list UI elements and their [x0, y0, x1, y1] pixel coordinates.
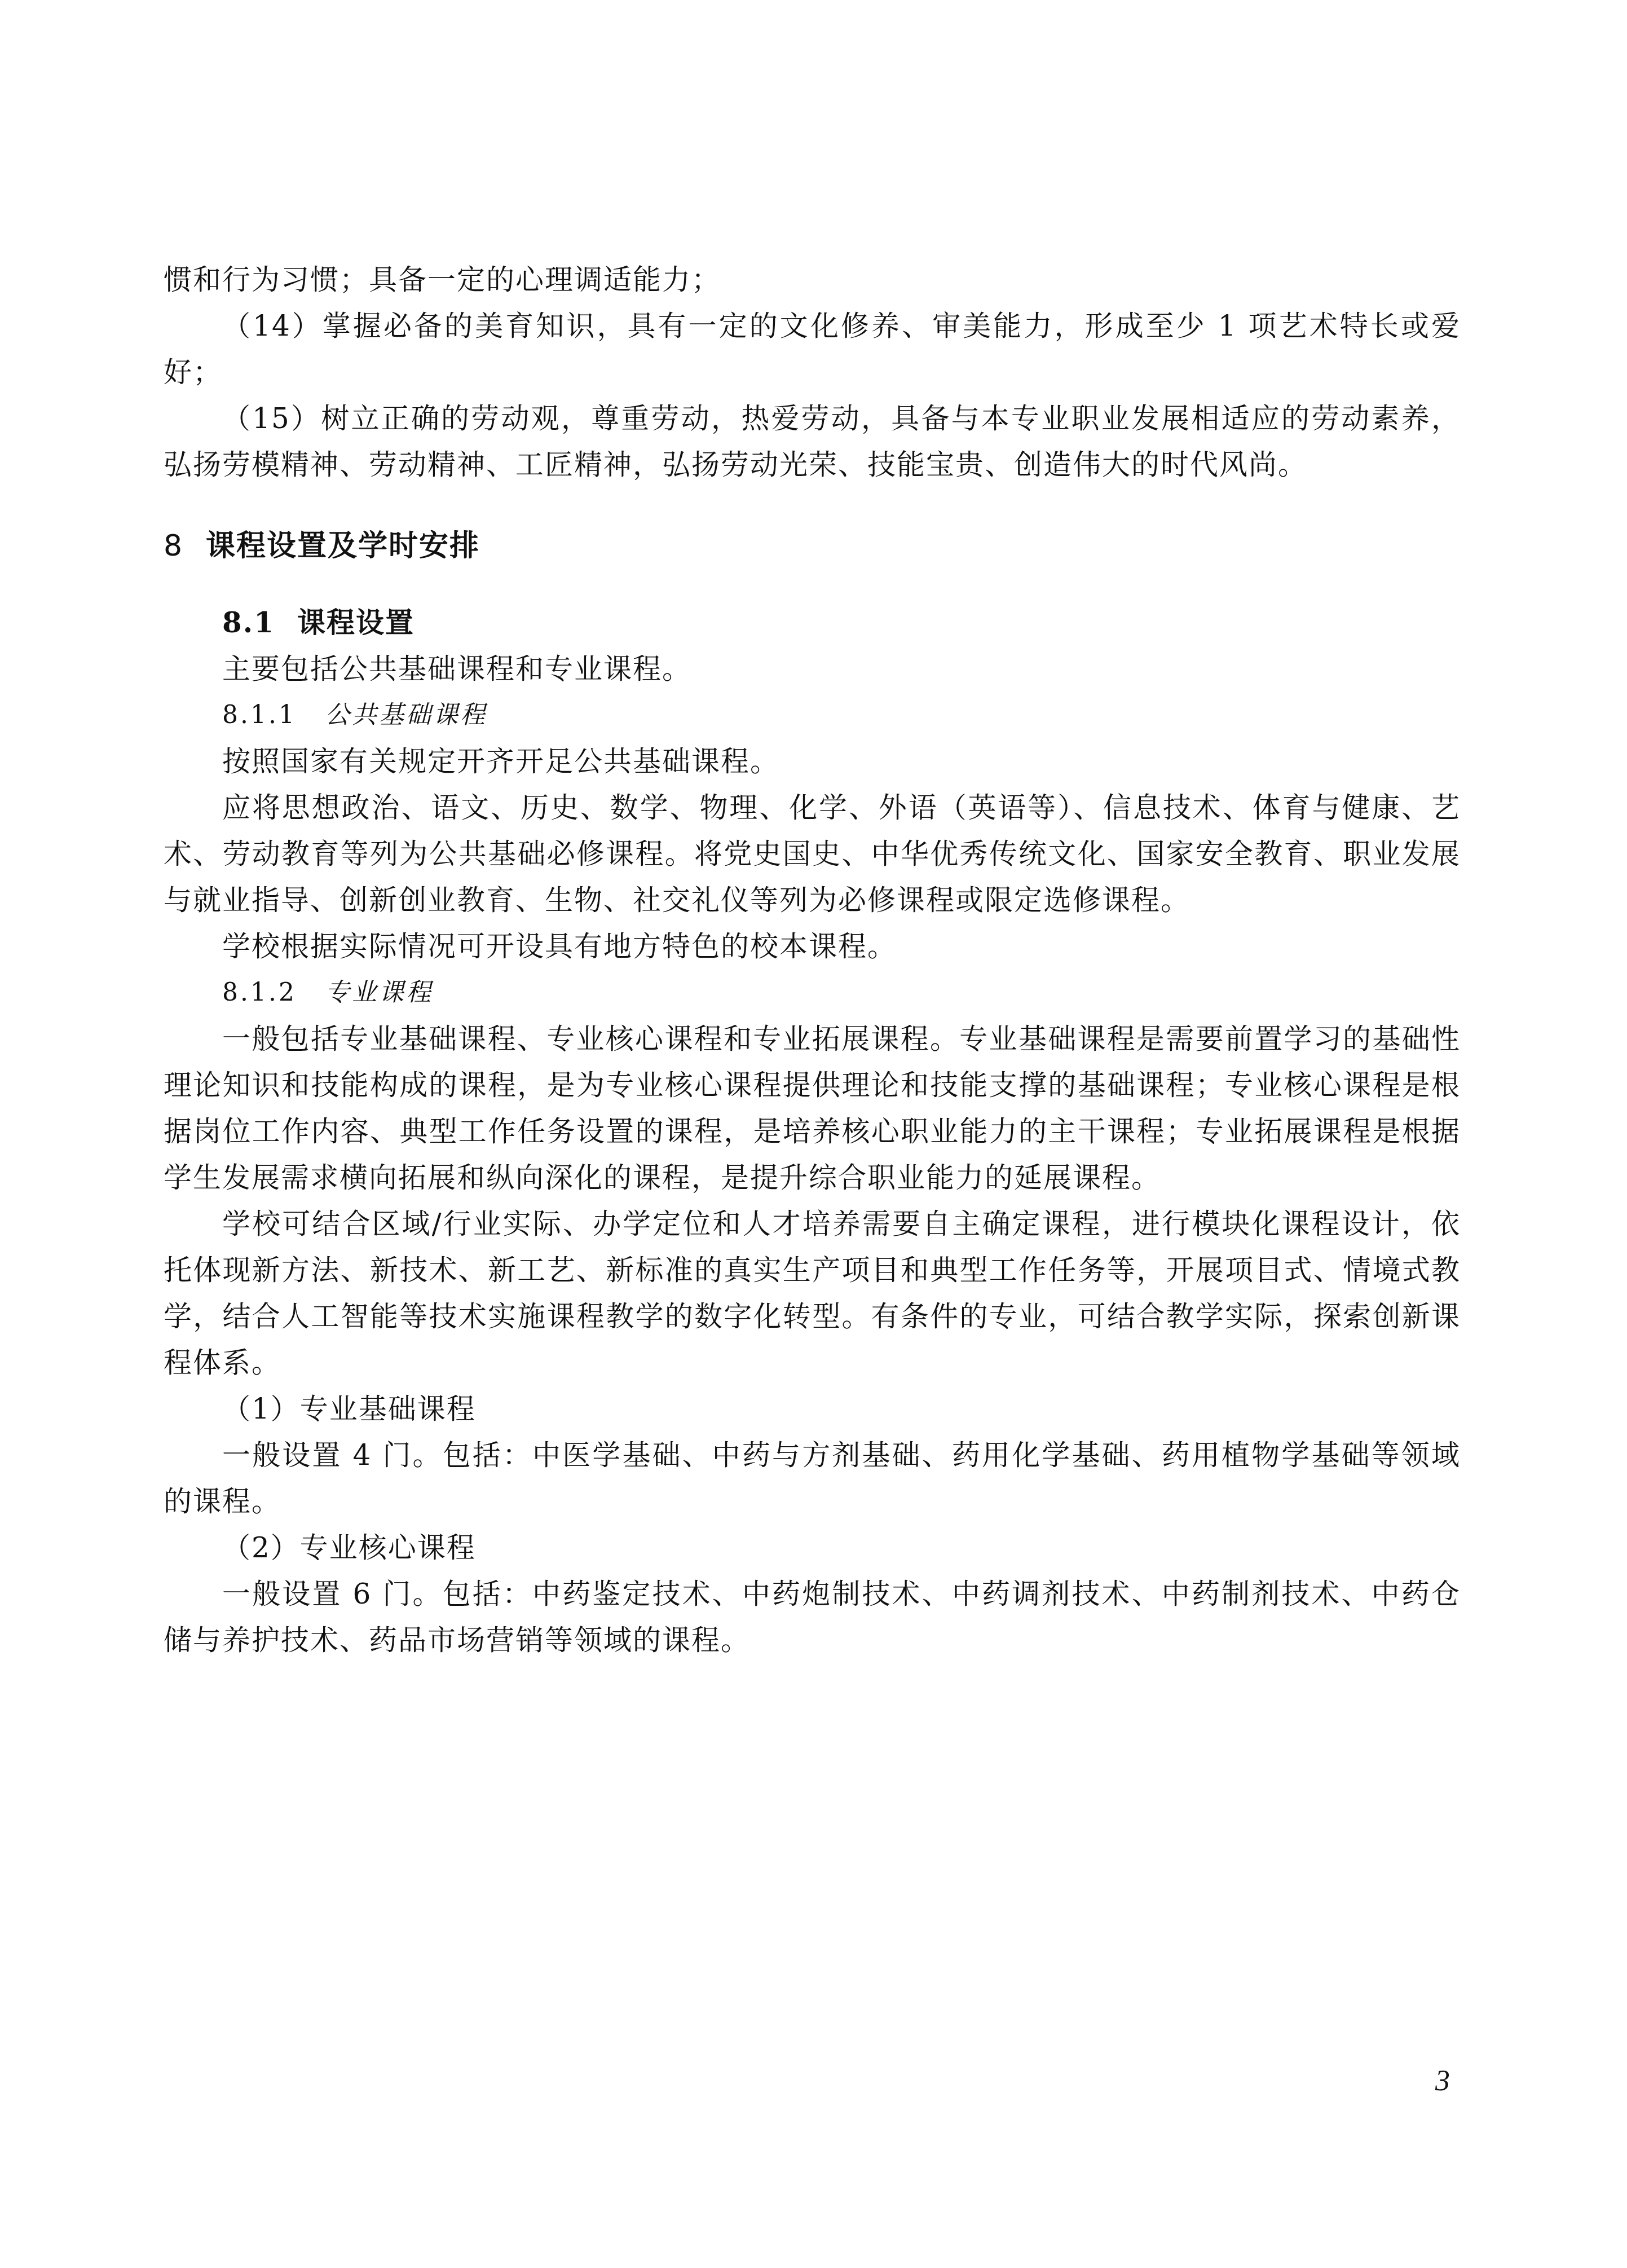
- section-heading-8: 8课程设置及学时安排: [164, 523, 1461, 569]
- section-heading-8-1: 8.1课程设置: [164, 600, 1461, 646]
- section-title: 课程设置及学时安排: [206, 529, 480, 563]
- page-number: 3: [1435, 2064, 1450, 2098]
- section-heading-8-1-1: 8.1.1公共基础课程: [164, 692, 1461, 738]
- subheading-basic-courses: （1）专业基础课程: [164, 1386, 1461, 1432]
- subheading-core-courses: （2）专业核心课程: [164, 1525, 1461, 1571]
- section-intro: 主要包括公共基础课程和专业课程。: [164, 646, 1461, 692]
- paragraph: 学校可结合区域/行业实际、办学定位和人才培养需要自主确定课程，进行模块化课程设计…: [164, 1201, 1461, 1386]
- paragraph: 一般包括专业基础课程、专业核心课程和专业拓展课程。专业基础课程是需要前置学习的基…: [164, 1016, 1461, 1201]
- section-title: 公共基础课程: [325, 701, 487, 729]
- paragraph-item-15: （15）树立正确的劳动观，尊重劳动，热爱劳动，具备与本专业职业发展相适应的劳动素…: [164, 395, 1461, 488]
- paragraph: 应将思想政治、语文、历史、数学、物理、化学、外语（英语等）、信息技术、体育与健康…: [164, 785, 1461, 923]
- paragraph: 学校根据实际情况可开设具有地方特色的校本课程。: [164, 923, 1461, 970]
- paragraph: 一般设置 4 门。包括：中医学基础、中药与方剂基础、药用化学基础、药用植物学基础…: [164, 1432, 1461, 1525]
- section-number: 8.1: [222, 606, 275, 639]
- document-page: 惯和行为习惯；具备一定的心理调适能力； （14）掌握必备的美育知识，具有一定的文…: [164, 257, 1461, 1663]
- section-number: 8.1.2: [222, 978, 297, 1007]
- section-title: 专业课程: [325, 978, 433, 1007]
- section-title: 课程设置: [297, 606, 415, 639]
- paragraph-item-14: （14）掌握必备的美育知识，具有一定的文化修养、审美能力，形成至少 1 项艺术特…: [164, 303, 1461, 395]
- paragraph: 按照国家有关规定开齐开足公共基础课程。: [164, 738, 1461, 785]
- paragraph: 一般设置 6 门。包括：中药鉴定技术、中药炮制技术、中药调剂技术、中药制剂技术、…: [164, 1571, 1461, 1663]
- section-number: 8: [164, 529, 183, 563]
- paragraph-continuation: 惯和行为习惯；具备一定的心理调适能力；: [164, 257, 1461, 303]
- section-heading-8-1-2: 8.1.2专业课程: [164, 970, 1461, 1016]
- section-number: 8.1.1: [222, 701, 297, 729]
